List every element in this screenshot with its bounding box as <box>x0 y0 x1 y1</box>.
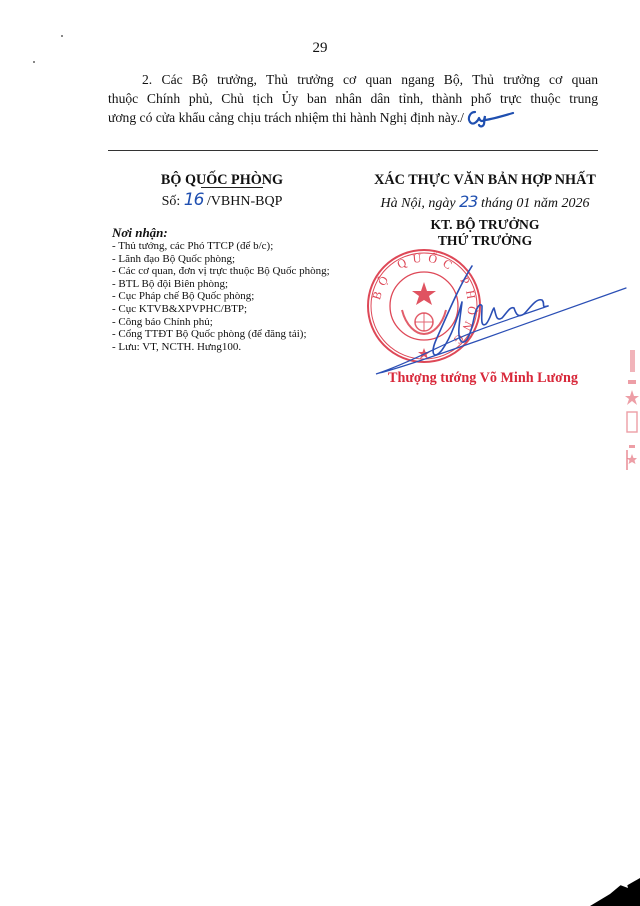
authentication-title: XÁC THỰC VĂN BẢN HỢP NHẤT <box>360 170 610 190</box>
paragraph-line-final: ương có cửa khẩu cảng chịu trách nhiệm t… <box>108 108 598 128</box>
recipient-item: - Lưu: VT, NCTH. Hưng100. <box>112 341 352 354</box>
recipient-item: - Cổng TTĐT Bộ Quốc phòng (để đăng tải); <box>112 328 352 341</box>
recipient-item: - Lãnh đạo Bộ Quốc phòng; <box>112 253 352 266</box>
paragraph-line-text: ương có cửa khẩu cảng chịu trách nhiệm t… <box>108 110 464 125</box>
doc-number-label: Số: <box>162 194 181 209</box>
scan-speck <box>33 61 35 63</box>
place-date: Hà Nội, ngày 23 tháng 01 năm 2026 <box>360 190 610 216</box>
place-date-suffix: tháng 01 năm 2026 <box>481 196 590 211</box>
issuer-block: BỘ QUỐC PHÒNG Số: 16 /VBHN-BQP Nơi nhận:… <box>112 170 352 353</box>
recipient-item: - Các cơ quan, đơn vị trực thuộc Bộ Quốc… <box>112 265 352 278</box>
edge-seal-fragment-icon <box>624 350 640 530</box>
doc-number-code: /VBHN-BQP <box>207 194 282 209</box>
signer-role: THỨ TRƯỞNG <box>360 233 610 249</box>
paragraph-line: 2. Các Bộ trưởng, Thủ trưởng cơ quan nga… <box>108 70 598 89</box>
body-paragraph: 2. Các Bộ trưởng, Thủ trưởng cơ quan nga… <box>108 70 598 128</box>
paragraph-line: thuộc Chính phủ, Chủ tịch Ủy ban nhân dâ… <box>108 89 598 108</box>
page-number: 29 <box>0 40 640 57</box>
doc-number-handwritten: 16 <box>184 190 204 210</box>
scan-speck <box>61 35 63 37</box>
organization-underline <box>201 187 263 188</box>
document-number: Số: 16 /VBHN-BQP <box>112 189 332 213</box>
signer-name: Thượng tướng Võ Minh Lương <box>388 370 578 387</box>
horizontal-divider <box>108 150 598 151</box>
authentication-block: XÁC THỰC VĂN BẢN HỢP NHẤT Hà Nội, ngày 2… <box>360 170 610 249</box>
recipient-item: - Công báo Chính phủ; <box>112 316 352 329</box>
handwritten-signature-icon <box>370 258 630 388</box>
initials-signature-icon <box>465 108 515 128</box>
recipient-item: - BTL Bộ đội Biên phòng; <box>112 278 352 291</box>
day-handwritten: 23 <box>459 192 477 211</box>
page-corner-fold-icon <box>590 866 640 906</box>
recipients-title: Nơi nhận: <box>112 225 352 240</box>
recipient-item: - Cục KTVB&XPVPHC/BTP; <box>112 303 352 316</box>
recipients-list: - Thủ tướng, các Phó TTCP (để b/c); - Lã… <box>112 240 352 353</box>
place-date-prefix: Hà Nội, ngày <box>381 196 456 211</box>
on-behalf-label: KT. BỘ TRƯỞNG <box>360 216 610 233</box>
recipient-item: - Cục Pháp chế Bộ Quốc phòng; <box>112 290 352 303</box>
recipient-item: - Thủ tướng, các Phó TTCP (để b/c); <box>112 240 352 253</box>
